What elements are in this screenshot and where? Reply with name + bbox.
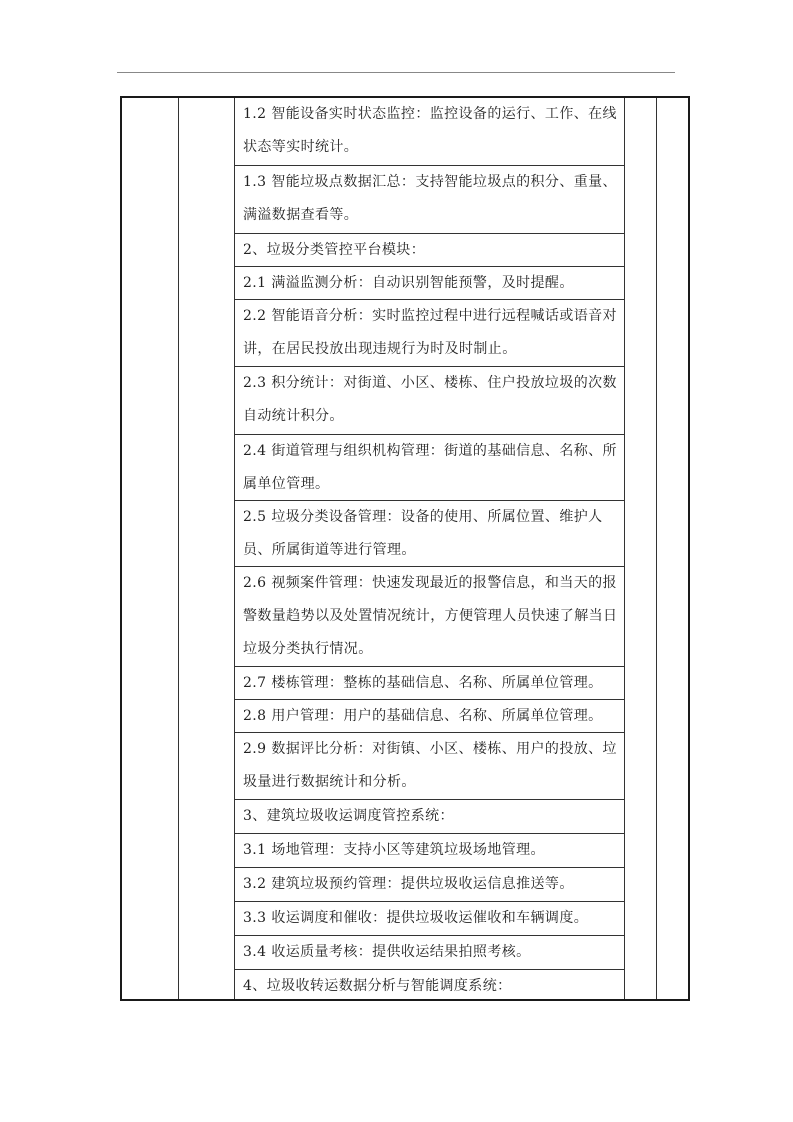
page-header-rule bbox=[117, 72, 675, 73]
row-text: 3.2 建筑垃圾预约管理：提供垃圾收运信息推送等。 bbox=[243, 868, 625, 901]
table-row: 2.2 智能语音分析：实时监控过程中进行远程喊话或语音对讲，在居民投放出现违规行… bbox=[235, 299, 625, 366]
table-row: 1.3 智能垃圾点数据汇总：支持智能垃圾点的积分、重量、满溢数据查看等。 bbox=[235, 165, 625, 233]
table-row: 3.3 收运调度和催收：提供垃圾收运催收和车辆调度。 bbox=[235, 901, 625, 935]
table-row: 2.4 街道管理与组织机构管理：街道的基础信息、名称、所属单位管理。 bbox=[235, 434, 625, 500]
section-heading: 3、建筑垃圾收运调度管控系统： bbox=[243, 800, 625, 833]
column-divider-1 bbox=[178, 98, 179, 999]
table-row: 3.4 收运质量考核：提供收运结果拍照考核。 bbox=[235, 935, 625, 969]
table-row: 1.2 智能设备实时状态监控：监控设备的运行、工作、在线状态等实时统计。 bbox=[235, 98, 625, 165]
table-row: 2.6 视频案件管理：快速发现最近的报警信息，和当天的报警数量趋势以及处置情况统… bbox=[235, 566, 625, 666]
row-text: 2.9 数据评比分析：对街镇、小区、楼栋、用户的投放、垃圾量进行数据统计和分析。 bbox=[243, 733, 625, 799]
row-text: 2.8 用户管理：用户的基础信息、名称、所属单位管理。 bbox=[243, 700, 625, 732]
content-column: 1.2 智能设备实时状态监控：监控设备的运行、工作、在线状态等实时统计。 1.3… bbox=[235, 98, 625, 999]
row-text: 3.4 收运质量考核：提供收运结果拍照考核。 bbox=[243, 936, 625, 969]
row-text: 3.3 收运调度和催收：提供垃圾收运催收和车辆调度。 bbox=[243, 902, 625, 935]
row-text: 1.3 智能垃圾点数据汇总：支持智能垃圾点的积分、重量、满溢数据查看等。 bbox=[243, 166, 625, 232]
table-row: 2.8 用户管理：用户的基础信息、名称、所属单位管理。 bbox=[235, 699, 625, 732]
column-divider-4 bbox=[656, 98, 657, 999]
row-text: 2.1 满溢监测分析：自动识别智能预警，及时提醒。 bbox=[243, 267, 625, 299]
row-text: 2.2 智能语音分析：实时监控过程中进行远程喊话或语音对讲，在居民投放出现违规行… bbox=[243, 300, 625, 366]
table-row: 3、建筑垃圾收运调度管控系统： bbox=[235, 799, 625, 833]
table-row: 3.1 场地管理：支持小区等建筑垃圾场地管理。 bbox=[235, 833, 625, 867]
table-row: 2、垃圾分类管控平台模块： bbox=[235, 233, 625, 266]
table-row: 3.2 建筑垃圾预约管理：提供垃圾收运信息推送等。 bbox=[235, 867, 625, 901]
table-row: 4、垃圾收转运数据分析与智能调度系统： bbox=[235, 969, 625, 999]
row-text: 2.7 楼栋管理：整栋的基础信息、名称、所属单位管理。 bbox=[243, 667, 625, 699]
row-text: 3.1 场地管理：支持小区等建筑垃圾场地管理。 bbox=[243, 834, 625, 867]
row-text: 2.3 积分统计：对街道、小区、楼栋、住户投放垃圾的次数自动统计积分。 bbox=[243, 367, 625, 433]
section-heading: 4、垃圾收转运数据分析与智能调度系统： bbox=[243, 970, 625, 999]
row-text: 2.5 垃圾分类设备管理：设备的使用、所属位置、维护人员、所属街道等进行管理。 bbox=[243, 501, 625, 566]
row-text: 2.6 视频案件管理：快速发现最近的报警信息，和当天的报警数量趋势以及处置情况统… bbox=[243, 567, 625, 666]
section-heading: 2、垃圾分类管控平台模块： bbox=[243, 234, 625, 266]
table-row: 2.1 满溢监测分析：自动识别智能预警，及时提醒。 bbox=[235, 266, 625, 299]
table-row: 2.9 数据评比分析：对街镇、小区、楼栋、用户的投放、垃圾量进行数据统计和分析。 bbox=[235, 732, 625, 799]
row-text: 1.2 智能设备实时状态监控：监控设备的运行、工作、在线状态等实时统计。 bbox=[243, 98, 625, 164]
table-row: 2.3 积分统计：对街道、小区、楼栋、住户投放垃圾的次数自动统计积分。 bbox=[235, 366, 625, 434]
table-row: 2.5 垃圾分类设备管理：设备的使用、所属位置、维护人员、所属街道等进行管理。 bbox=[235, 500, 625, 566]
table-row: 2.7 楼栋管理：整栋的基础信息、名称、所属单位管理。 bbox=[235, 666, 625, 699]
requirements-table: 1.2 智能设备实时状态监控：监控设备的运行、工作、在线状态等实时统计。 1.3… bbox=[120, 96, 690, 1001]
row-text: 2.4 街道管理与组织机构管理：街道的基础信息、名称、所属单位管理。 bbox=[243, 435, 625, 500]
